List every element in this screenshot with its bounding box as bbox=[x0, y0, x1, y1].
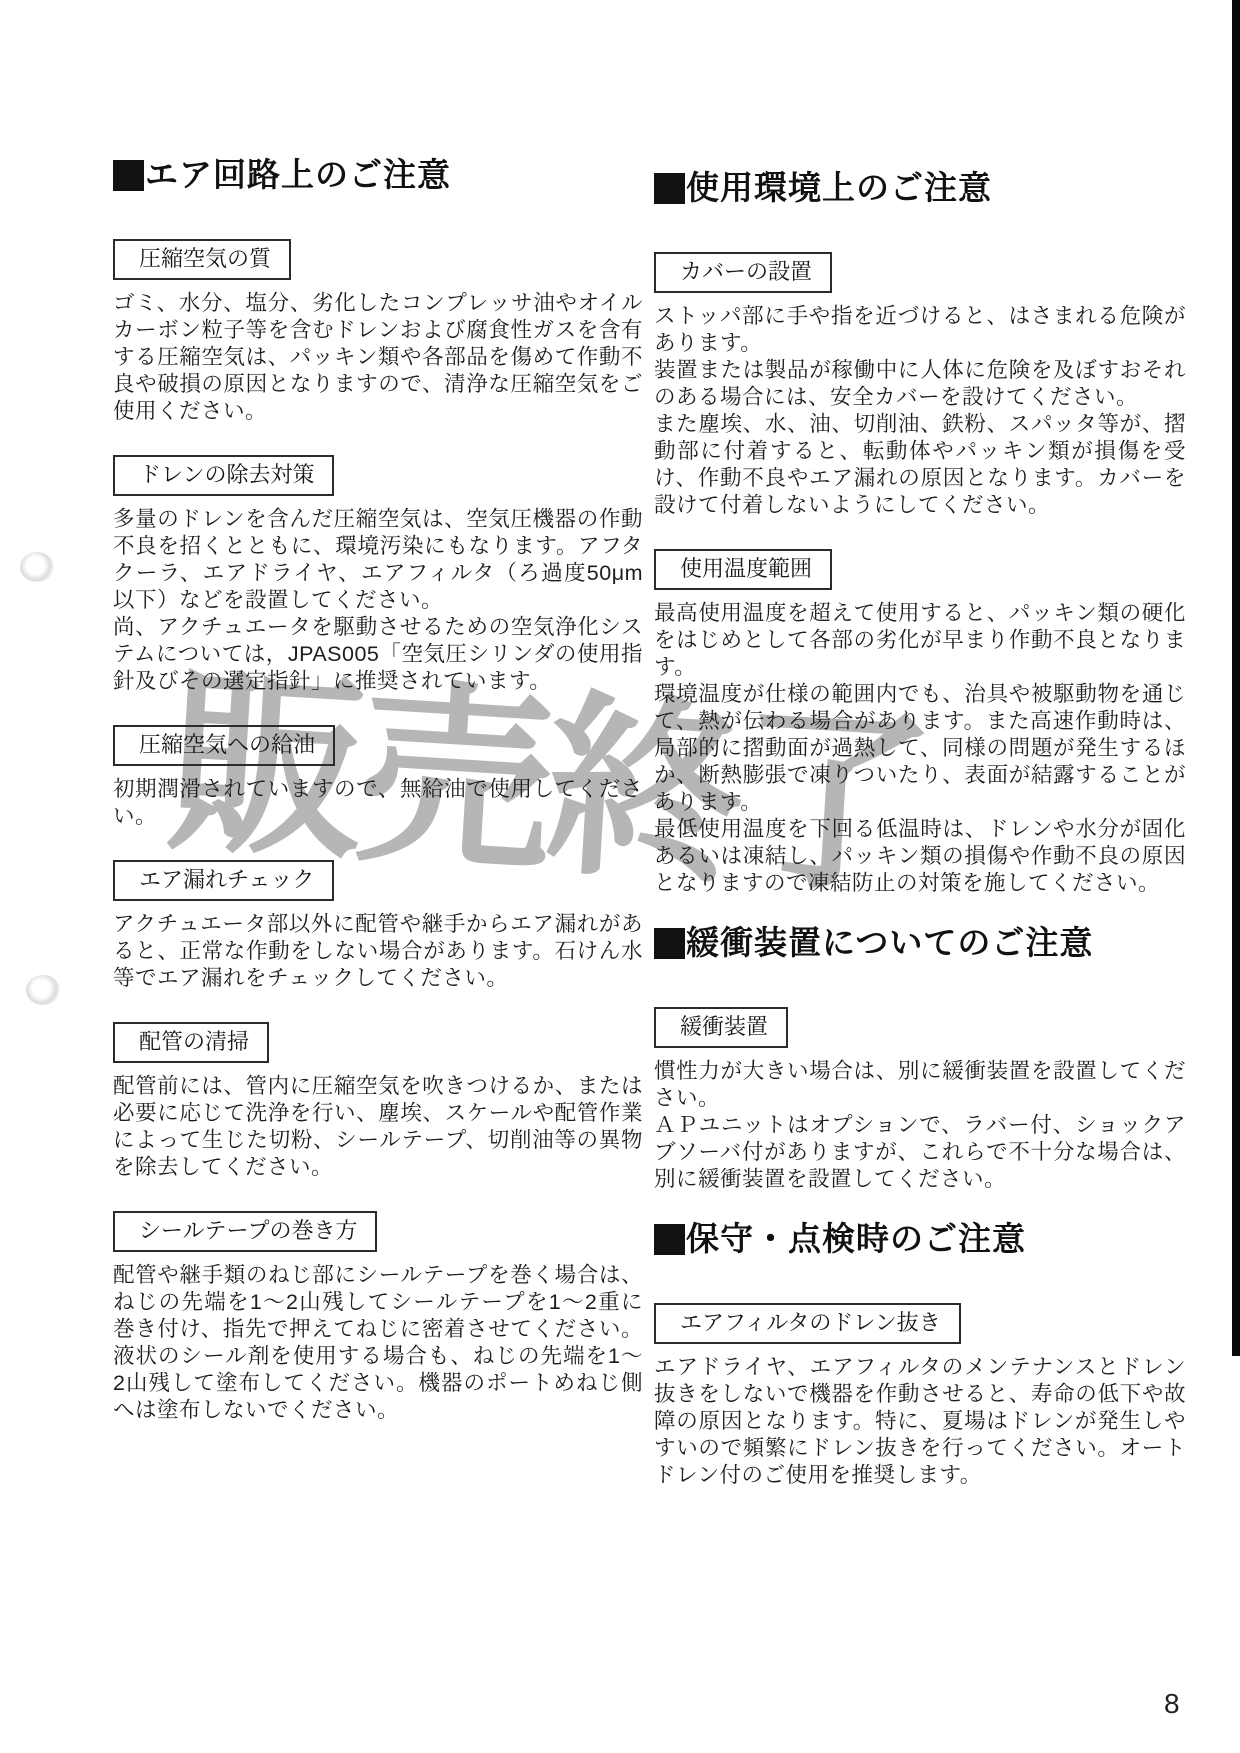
section-label: エア漏れチェック bbox=[113, 860, 334, 901]
paragraph: ゴミ、水分、塩分、劣化したコンプレッサ油やオイルカーボン粒子等を含むドレンおよび… bbox=[113, 290, 643, 425]
section-label: シールテープの巻き方 bbox=[113, 1211, 377, 1252]
section-label: カバーの設置 bbox=[654, 252, 832, 293]
section-heading-text: 使用環境上のご注意 bbox=[686, 168, 992, 208]
scan-smudge bbox=[26, 975, 60, 1005]
section-label: 使用温度範囲 bbox=[654, 549, 832, 590]
section-label: 配管の清掃 bbox=[113, 1022, 269, 1063]
section-label: 圧縮空気の質 bbox=[113, 239, 291, 280]
paragraph: アクチュエータ部以外に配管や継手からエア漏れがあると、正常な作動をしない場合があ… bbox=[113, 911, 643, 992]
section-heading-text: エア回路上のご注意 bbox=[145, 155, 451, 195]
column-left: エア回路上のご注意圧縮空気の質ゴミ、水分、塩分、劣化したコンプレッサ油やオイルカ… bbox=[113, 155, 643, 1424]
section-label-text: ドレンの除去対策 bbox=[139, 462, 314, 487]
section-heading: 緩衝装置についてのご注意 bbox=[654, 923, 1186, 963]
heading-bullet-icon bbox=[654, 173, 685, 204]
section-label-text: カバーの設置 bbox=[680, 259, 812, 284]
section-label-text: エアフィルタのドレン抜き bbox=[680, 1310, 941, 1335]
section-heading: 使用環境上のご注意 bbox=[654, 168, 1186, 208]
heading-bullet-icon bbox=[654, 1224, 685, 1255]
column-right: 使用環境上のご注意カバーの設置ストッパ部に手や指を近づけると、はさまれる危険があ… bbox=[654, 168, 1186, 1489]
paragraph: 配管や継手類のねじ部にシールテープを巻く場合は、ねじの先端を1～2山残してシール… bbox=[113, 1262, 643, 1424]
paragraph: 初期潤滑されていますので、無給油で使用してください。 bbox=[113, 776, 643, 830]
paragraph: 配管前には、管内に圧縮空気を吹きつけるか、または必要に応じて洗浄を行い、塵埃、ス… bbox=[113, 1073, 643, 1181]
section-label-text: エア漏れチェック bbox=[139, 867, 314, 892]
paragraph: 多量のドレンを含んだ圧縮空気は、空気圧機器の作動不良を招くとともに、環境汚染にも… bbox=[113, 506, 643, 695]
heading-bullet-icon bbox=[654, 928, 685, 959]
section-label: 圧縮空気への給油 bbox=[113, 725, 335, 766]
section-heading-text: 保守・点検時のご注意 bbox=[686, 1219, 1026, 1259]
paragraph: ストッパ部に手や指を近づけると、はさまれる危険があります。 装置または製品が稼働… bbox=[654, 303, 1186, 519]
scan-smudge bbox=[20, 552, 54, 582]
section-label: 緩衝装置 bbox=[654, 1007, 788, 1048]
scan-edge-artifact bbox=[1232, 0, 1240, 1356]
section-heading-text: 緩衝装置についてのご注意 bbox=[686, 923, 1093, 963]
manual-page: 販売終了 エア回路上のご注意圧縮空気の質ゴミ、水分、塩分、劣化したコンプレッサ油… bbox=[0, 0, 1240, 1753]
section-label-text: 緩衝装置 bbox=[680, 1014, 768, 1039]
heading-bullet-icon bbox=[113, 160, 144, 191]
paragraph: 最高使用温度を超えて使用すると、パッキン類の硬化をはじめとして各部の劣化が早まり… bbox=[654, 600, 1186, 897]
page-number: 8 bbox=[1164, 1688, 1180, 1720]
section-label-text: 使用温度範囲 bbox=[680, 556, 812, 581]
section-label-text: シールテープの巻き方 bbox=[139, 1218, 357, 1243]
paragraph: エアドライヤ、エアフィルタのメンテナンスとドレン抜きをしないで機器を作動させると… bbox=[654, 1354, 1186, 1489]
section-heading: 保守・点検時のご注意 bbox=[654, 1219, 1186, 1259]
section-label-text: 圧縮空気への給油 bbox=[139, 732, 315, 757]
section-label-text: 圧縮空気の質 bbox=[139, 246, 271, 271]
section-label: エアフィルタのドレン抜き bbox=[654, 1303, 961, 1344]
paragraph: 慣性力が大きい場合は、別に緩衝装置を設置してください。 ＡＰユニットはオプション… bbox=[654, 1058, 1186, 1193]
section-label-text: 配管の清掃 bbox=[139, 1029, 249, 1054]
section-heading: エア回路上のご注意 bbox=[113, 155, 643, 195]
section-label: ドレンの除去対策 bbox=[113, 455, 334, 496]
